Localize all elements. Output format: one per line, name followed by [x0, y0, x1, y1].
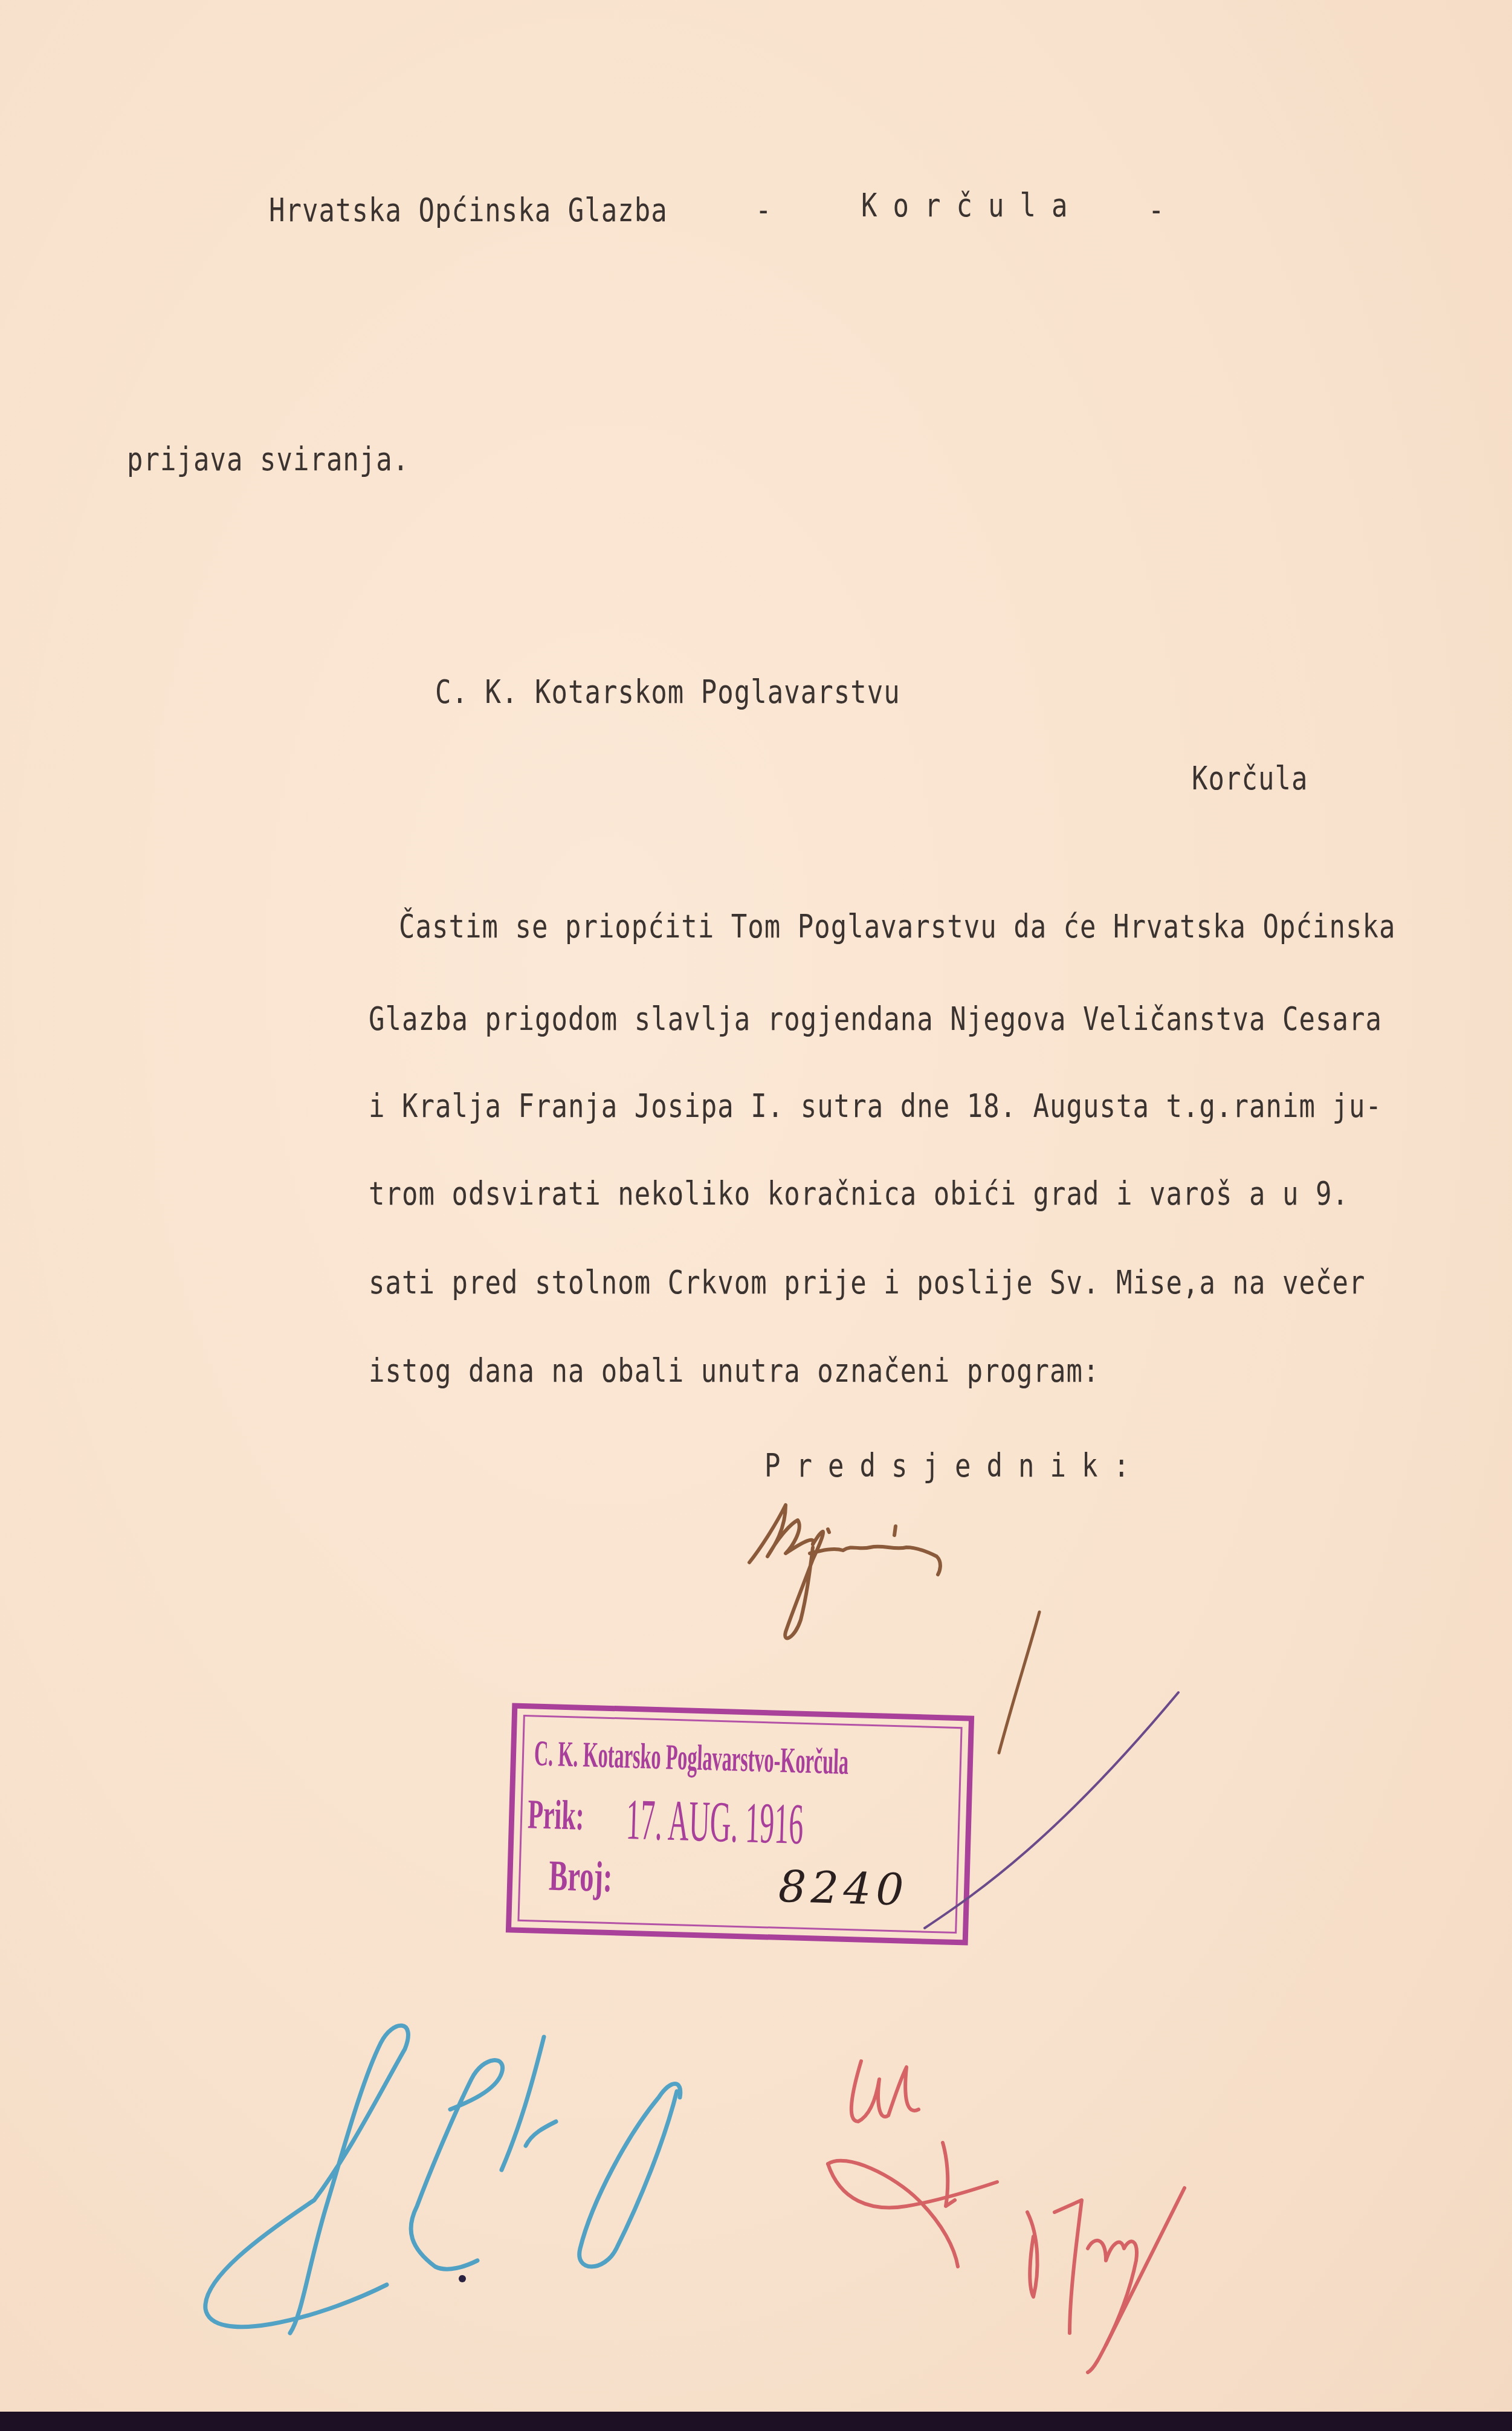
handwriting-layer	[0, 0, 1512, 2431]
red-pencil-marks	[828, 2061, 1184, 2372]
document-page: Hrvatska Općinska Glazba - Korčula - pri…	[0, 0, 1512, 2412]
blue-pencil-number	[205, 2025, 680, 2333]
purple-pencil-line	[925, 1692, 1178, 1928]
president-signature	[749, 1505, 1039, 1753]
ink-dot	[459, 2275, 466, 2282]
